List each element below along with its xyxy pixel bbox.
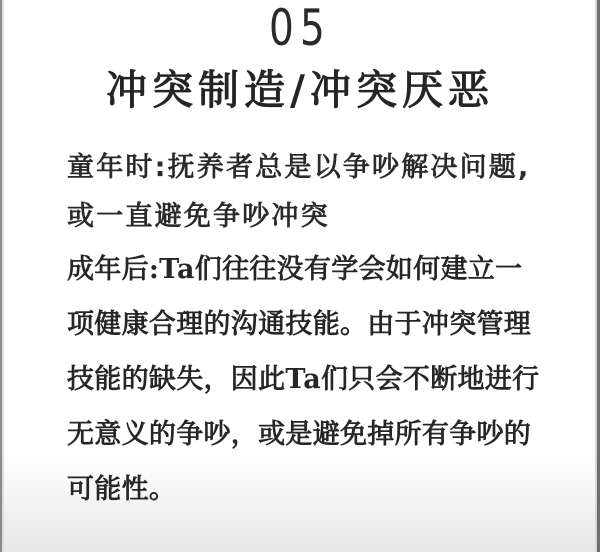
childhood-line-2: 或一直避免争吵冲突: [67, 201, 330, 233]
section-number: 05: [66, 2, 534, 54]
adulthood-line-2: 项健康合理的沟通技能。由于冲突管理: [67, 309, 531, 341]
adulthood-line-4: 无意义的争吵，或是避免掉所有争吵的: [67, 419, 531, 451]
section-title: 冲突制造/冲突厌恶: [0, 64, 600, 116]
adulthood-line-5: 可能性。: [67, 474, 176, 506]
adulthood-line-3: 技能的缺失，因此Ta们只会不断地进行: [67, 364, 539, 396]
adulthood-line-1: 成年后:Ta们往往没有学会如何建立一: [67, 254, 522, 286]
childhood-line-1: 童年时:抚养者总是以争吵解决问题,: [67, 152, 530, 184]
